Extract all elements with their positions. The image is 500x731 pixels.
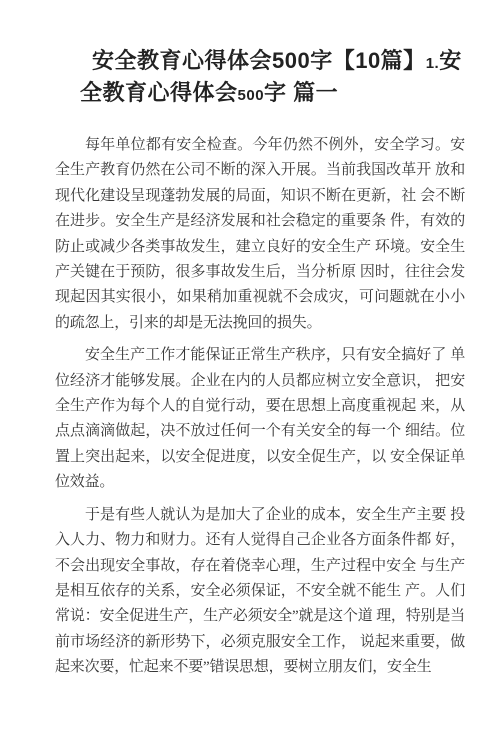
document-body: 每年单位都有安全检查。今年仍然不例外，安全学习。安全生产教育仍然在公司不断的深入… — [55, 133, 465, 681]
paragraph-3: 于是有些人就认为是加大了企业的成本，安全生产主要 投入人力、物力和财力。还有人觉… — [55, 503, 465, 681]
document-page: 安全教育心得体会500字【10篇】1.安全教育心得体会500字 篇一 每年单位都… — [0, 0, 500, 731]
document-title: 安全教育心得体会500字【10篇】1.安全教育心得体会500字 篇一 — [80, 46, 462, 110]
paragraph-2: 安全生产工作才能保证正常生产秩序，只有安全搞好了 单位经济才能够发展。企业在内的… — [55, 343, 465, 495]
title-segment-number: 1. — [426, 55, 440, 72]
paragraph-1: 每年单位都有安全检查。今年仍然不例外，安全学习。安全生产教育仍然在公司不断的深入… — [55, 133, 465, 336]
title-segment-main-1: 安全教育心得体会500字【10篇】 — [92, 48, 426, 73]
title-segment-main-3: 字 篇一 — [264, 80, 338, 105]
title-segment-500: 500 — [238, 87, 265, 104]
